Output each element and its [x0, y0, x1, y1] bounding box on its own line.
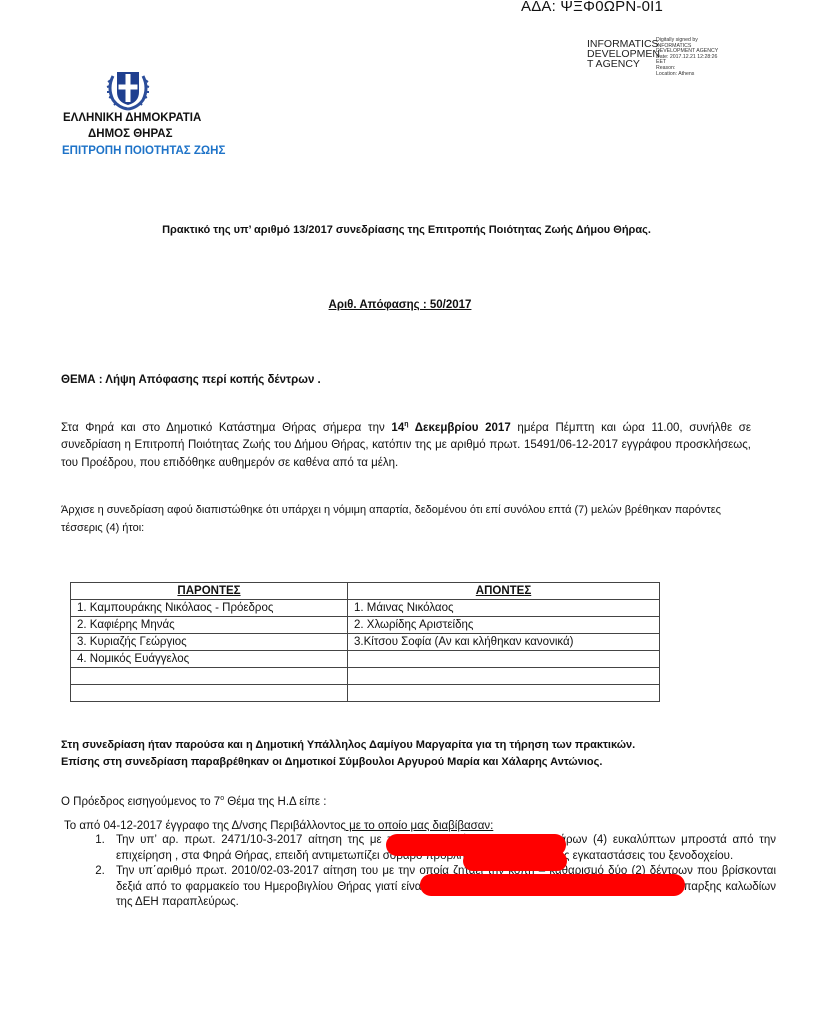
- absent-member-cell: 2. Χλωρίδης Αριστείδης: [348, 617, 660, 634]
- org-country: ΕΛΛΗΝΙΚΗ ΔΗΜΟΚΡΑΤΙΑ: [63, 112, 201, 124]
- absent-member-cell: [348, 668, 660, 685]
- absent-member-cell: [348, 651, 660, 668]
- document-subject: ΘΕΜΑ : Λήψη Απόφασης περί κοπής δέντρων …: [61, 374, 321, 386]
- absent-member-cell: [348, 685, 660, 702]
- signature-detail-line: Location: Athens: [656, 72, 718, 78]
- table-row: 1. Καμπουράκης Νικόλαος - Πρόεδρος1. Μάι…: [71, 600, 660, 617]
- greek-coat-of-arms-icon: [103, 68, 153, 112]
- present-member-cell: 1. Καμπουράκης Νικόλαος - Πρόεδρος: [71, 600, 348, 617]
- absent-member-cell: 3.Κίτσου Σοφία (Αν και κλήθηκαν κανονικά…: [348, 634, 660, 651]
- table-row: [71, 668, 660, 685]
- digital-signature-name: INFORMATICS DEVELOPMEN T AGENCY: [587, 39, 660, 69]
- present-member-cell: [71, 685, 348, 702]
- present-member-cell: 2. Καφιέρης Μηνάς: [71, 617, 348, 634]
- redaction-mark: [463, 851, 567, 871]
- absent-member-cell: 1. Μάινας Νικόλαος: [348, 600, 660, 617]
- signature-name-line: T AGENCY: [587, 59, 660, 69]
- decision-number: Αριθ. Απόφασης : 50/2017: [0, 299, 800, 311]
- org-committee: ΕΠΙΤΡΟΠΗ ΠΟΙΟΤΗΤΑΣ ΖΩΗΣ: [62, 145, 225, 157]
- table-row: 2. Καφιέρης Μηνάς2. Χλωρίδης Αριστείδης: [71, 617, 660, 634]
- quorum-paragraph: Άρχισε η συνεδρίαση αφού διαπιστώθηκε ότ…: [61, 502, 751, 537]
- present-member-cell: [71, 668, 348, 685]
- attendance-table: ΠΑΡΟΝΤΕΣ ΑΠΟΝΤΕΣ 1. Καμπουράκης Νικόλαος…: [70, 582, 660, 702]
- org-municipality: ΔΗΜΟΣ ΘΗΡΑΣ: [88, 128, 172, 140]
- meeting-day: 14η Δεκεμβρίου 2017: [391, 422, 510, 434]
- redaction-mark: [420, 874, 685, 896]
- attendees-paragraph: Στη συνεδρίαση ήταν παρούσα και η Δημοτι…: [61, 737, 751, 771]
- document-title: Πρακτικό της υπ’ αριθμό 13/2017 συνεδρία…: [0, 224, 813, 236]
- digital-signature-details: Digitally signed by INFORMATICS DEVELOPM…: [656, 38, 718, 77]
- absent-header: ΑΠΟΝΤΕΣ: [348, 583, 660, 600]
- meeting-intro-paragraph: Στα Φηρά και στο Δημοτικό Κατάστημα Θήρα…: [61, 416, 751, 472]
- present-header: ΠΑΡΟΝΤΕΣ: [71, 583, 348, 600]
- ada-code: ΑΔΑ: ΨΞΦ0ΩΡΝ-0Ι1: [521, 0, 663, 15]
- present-member-cell: 4. Νομικός Ευάγγελος: [71, 651, 348, 668]
- table-row: [71, 685, 660, 702]
- table-row: 3. Κυριαζής Γεώργιος3.Κίτσου Σοφία (Αν κ…: [71, 634, 660, 651]
- table-header-row: ΠΑΡΟΝΤΕΣ ΑΠΟΝΤΕΣ: [71, 583, 660, 600]
- table-row: 4. Νομικός Ευάγγελος: [71, 651, 660, 668]
- present-member-cell: 3. Κυριαζής Γεώργιος: [71, 634, 348, 651]
- president-intro: Ο Πρόεδρος εισηγούμενος το 7ο Θέμα της Η…: [61, 790, 751, 811]
